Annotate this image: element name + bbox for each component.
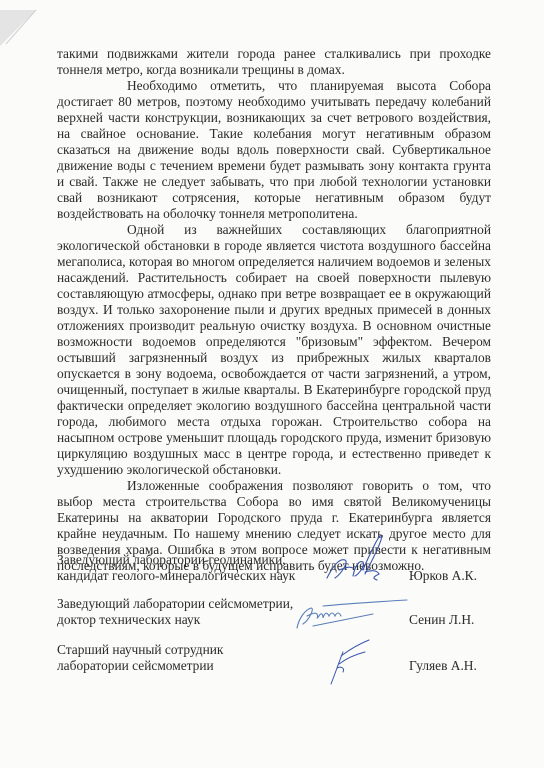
paragraph-2: Необходимо отметить, что планируемая выс… bbox=[57, 78, 491, 222]
signatory-block-3: Старший научный сотрудник лаборатории се… bbox=[57, 642, 497, 682]
signature-icon bbox=[293, 598, 413, 634]
signatory-name: Сенин Л.Н. bbox=[409, 612, 474, 628]
signatory-title-line-1: Заведующий лаборатории сейсмометрии, bbox=[57, 596, 317, 612]
signature-icon bbox=[319, 530, 399, 592]
paragraph-3: Одной из важнейших составляющих благопри… bbox=[57, 222, 491, 478]
signatory-title: Старший научный сотрудник лаборатории се… bbox=[57, 642, 317, 674]
signatory-name: Гуляев А.Н. bbox=[409, 658, 477, 674]
signatory-title-line-2: кандидат геолого-минералогических наук bbox=[57, 568, 317, 584]
folded-corner bbox=[0, 0, 40, 46]
signatory-title-line-2: доктор технических наук bbox=[57, 612, 317, 628]
signature-icon bbox=[325, 638, 375, 688]
signatory-block-1: Заведующий лаборатории геодинамики, канд… bbox=[57, 552, 497, 592]
signatory-title-line-1: Старший научный сотрудник bbox=[57, 642, 317, 658]
signatory-block-2: Заведующий лаборатории сейсмометрии, док… bbox=[57, 596, 497, 636]
signatory-title: Заведующий лаборатории геодинамики, канд… bbox=[57, 552, 317, 584]
paragraph-1: такими подвижками жители города ранее ст… bbox=[57, 46, 491, 78]
document-body: такими подвижками жители города ранее ст… bbox=[57, 46, 491, 574]
signatory-title: Заведующий лаборатории сейсмометрии, док… bbox=[57, 596, 317, 628]
signatory-title-line-1: Заведующий лаборатории геодинамики, bbox=[57, 552, 317, 568]
signatory-title-line-2: лаборатории сейсмометрии bbox=[57, 658, 317, 674]
signatory-name: Юрков А.К. bbox=[409, 568, 477, 584]
